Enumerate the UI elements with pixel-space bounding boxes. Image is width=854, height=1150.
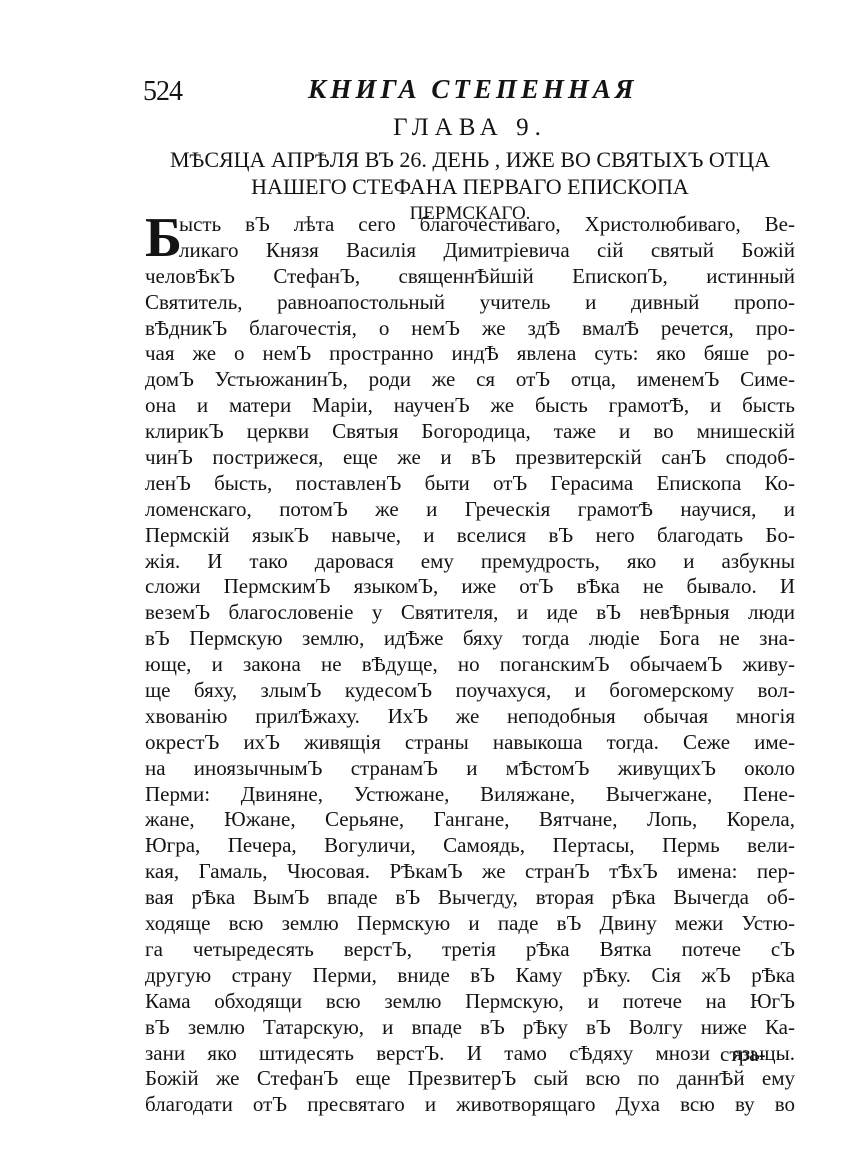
text-line: Святитель, равноапостольный учитель и ди… [145, 290, 795, 316]
text-line: юще, и закона не вѢдуще, но поганскимЪ о… [145, 652, 795, 678]
text-line: ленЪ бысть, поставленЪ быти отЪ Герасима… [145, 471, 795, 497]
text-line: ломенскаго, потомЪ же и Греческія грамот… [145, 497, 795, 523]
text-line: ысть вЪ лѣта сего благочестиваго, Христо… [145, 212, 795, 238]
chapter-title-line: МѢСЯЦА АПРѢЛЯ ВЪ 26. ДЕНЬ , ИЖЕ ВО СВЯТЫ… [130, 146, 810, 173]
text-line: жане, Южане, Серьяне, Гангане, Вятчане, … [145, 807, 795, 833]
text-line: Божій же СтефанЪ еще ПрезвитерЪ сый всю … [145, 1066, 795, 1092]
chapter-title-line: НАШЕГО СТЕФАНА ПЕРВАГО ЕПИСКОПА [130, 173, 810, 200]
text-line: сложи ПермскимЪ языкомЪ, иже отЪ вѢка не… [145, 574, 795, 600]
text-line: вЪ Пермскую землю, идѢже бяху тогда люді… [145, 626, 795, 652]
book-page: 524 КНИГА СТЕПЕННАЯ ГЛАВА 9. МѢСЯЦА АПРѢ… [0, 0, 854, 1150]
text-line: домЪ УстьюжанинЪ, роди же ся отЪ отца, и… [145, 367, 795, 393]
text-line: другую страну Перми, вниде вЪ Каму рѢку.… [145, 963, 795, 989]
text-line: Перми: Двиняне, Устюжане, Виляжане, Выче… [145, 782, 795, 808]
text-line: благодати отЪ пресвятаго и животворящаго… [145, 1092, 795, 1118]
text-line: чинЪ пострижеся, еще же и вЪ презвитерск… [145, 445, 795, 471]
catchword: стра- [720, 1042, 766, 1067]
book-title: КНИГА СТЕПЕННАЯ [308, 74, 638, 105]
text-line: ликаго Князя Василія Димитріевича сій св… [145, 238, 795, 264]
body-text: Б ысть вЪ лѣта сего благочестиваго, Хрис… [145, 212, 795, 1118]
drop-cap: Б [145, 214, 182, 262]
text-line: вЪ землю Татарскую, и впаде вЪ рѢку вЪ В… [145, 1015, 795, 1041]
text-line: веземЪ благословеніе у Святителя, и иде … [145, 600, 795, 626]
text-line: окрестЪ ихЪ живящія страны навыкоша тогд… [145, 730, 795, 756]
text-line: ходяще всю землю Пермскую и паде вЪ Двин… [145, 911, 795, 937]
text-line: Югра, Печера, Вогуличи, Самоядь, Пертасы… [145, 833, 795, 859]
text-line: хвованію прилѢжаху. ИхЪ же неподобныя об… [145, 704, 795, 730]
text-line: чая же о немЪ пространно индѢ явлена сут… [145, 341, 795, 367]
text-line: кая, Гамаль, Чюсовая. РѢкамЪ же странЪ т… [145, 859, 795, 885]
text-line: зани яко штидесять верстЪ. И тамо сѢдяху… [145, 1041, 795, 1067]
text-line: клирикЪ церкви Святыя Богородица, таже и… [145, 419, 795, 445]
text-line: вѢдникЪ благочестія, о немЪ же здѢ вмалѢ… [145, 316, 795, 342]
chapter-heading: ГЛАВА 9. МѢСЯЦА АПРѢЛЯ ВЪ 26. ДЕНЬ , ИЖЕ… [130, 112, 810, 227]
text-line: человѢкЪ СтефанЪ, священнѢйшій ЕпископЪ,… [145, 264, 795, 290]
text-line: Пермскій языкЪ навыче, и вселися вЪ него… [145, 523, 795, 549]
text-line: га четыредесять верстЪ, третія рѢка Вятк… [145, 937, 795, 963]
text-line: жія. И тако даровася ему премудрость, як… [145, 549, 795, 575]
running-head: 524 КНИГА СТЕПЕННАЯ [143, 72, 803, 112]
chapter-label: ГЛАВА 9. [130, 112, 810, 144]
page-number: 524 [143, 76, 182, 108]
text-line: она и матери Маріи, наученЪ же бысть гра… [145, 393, 795, 419]
text-line: ще бяху, злымЪ кудесомЪ поучахуся, и бог… [145, 678, 795, 704]
text-line: на иноязычнымЪ странамЪ и мѢстомЪ живущи… [145, 756, 795, 782]
text-line: вая рѢка ВымЪ впаде вЪ Вычегду, вторая р… [145, 885, 795, 911]
text-line: Кама обходящи всю землю Пермскую, и поте… [145, 989, 795, 1015]
